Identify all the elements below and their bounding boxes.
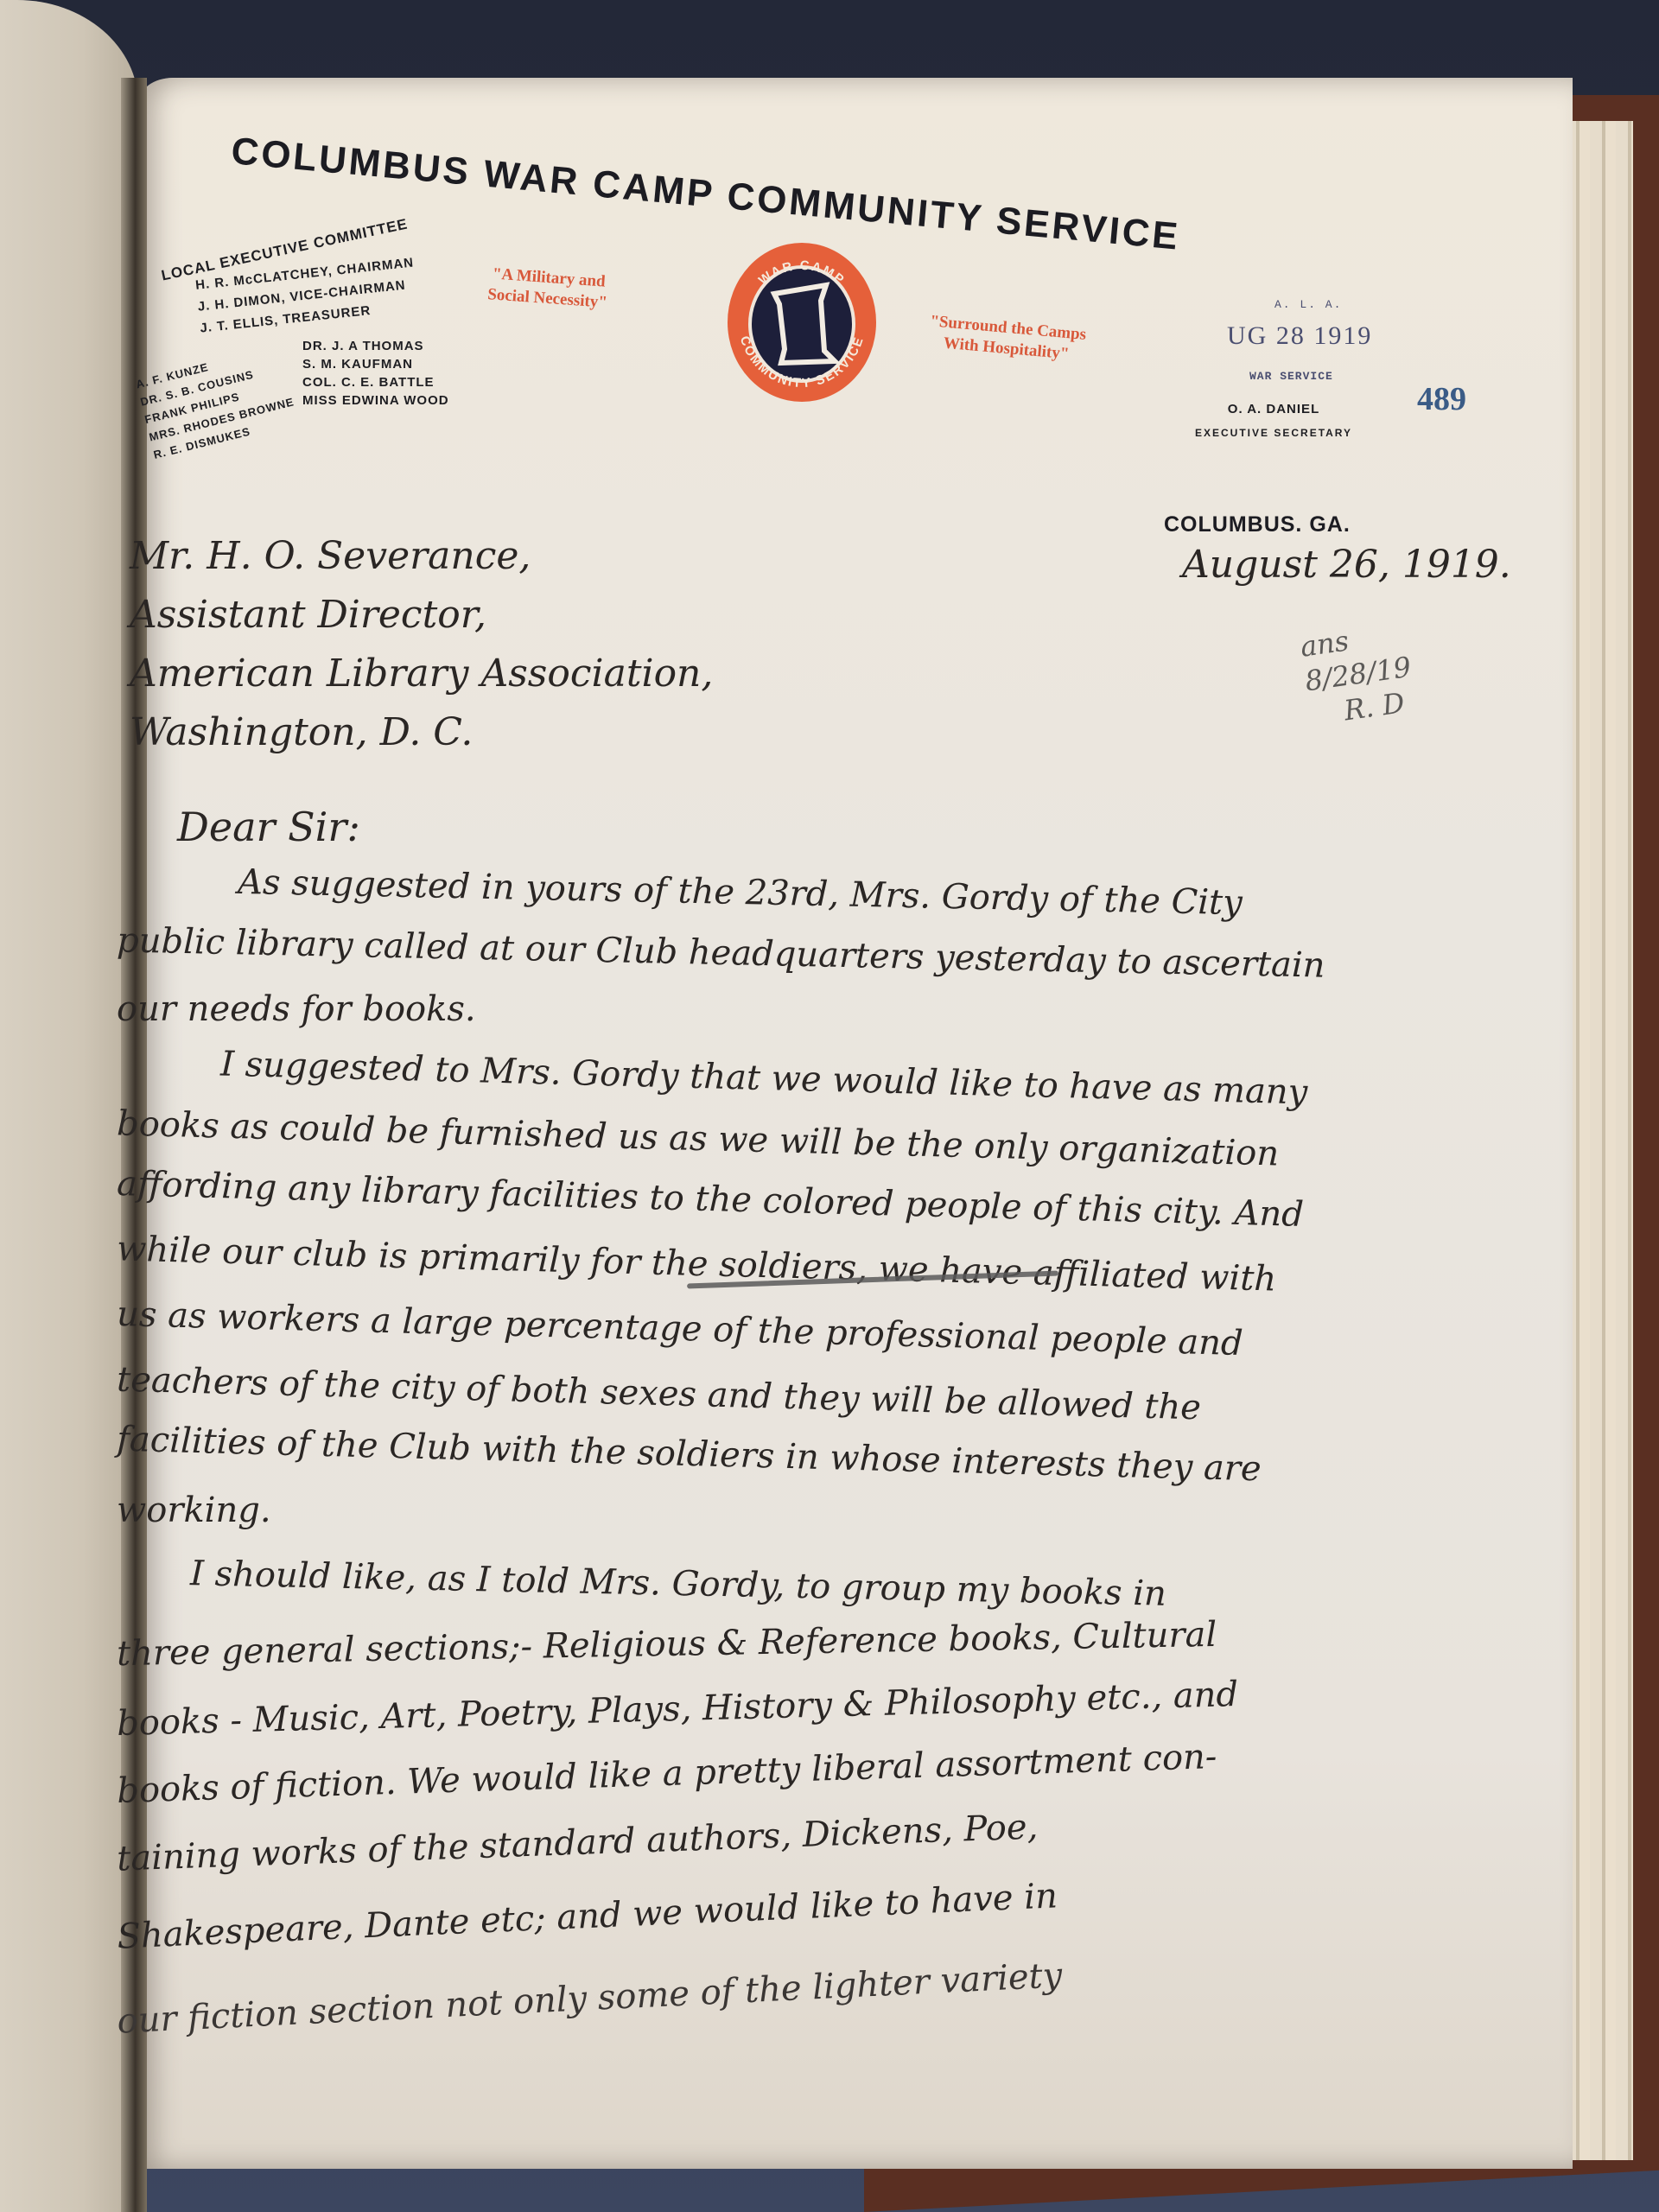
photo-scene: COLUMBUS WAR CAMP COMMUNITY SERVICE LOCA… xyxy=(0,0,1659,2212)
page-stack-edges xyxy=(1564,121,1633,2160)
secretary-title: EXECUTIVE SECRETARY xyxy=(1195,427,1352,439)
secretary-name: O. A. DANIEL xyxy=(1195,402,1352,416)
member: MISS EDWINA WOOD xyxy=(302,391,449,410)
address-line: American Library Association, xyxy=(130,645,713,703)
members-right-list: DR. J. A THOMAS S. M. KAUFMAN COL. C. E.… xyxy=(302,337,449,410)
received-stamp-dept: WAR SERVICE xyxy=(1249,370,1333,383)
address-line: Washington, D. C. xyxy=(130,703,713,762)
answered-annotation: ans8/28/19R. D xyxy=(1298,615,1418,733)
address-line: Mr. H. O. Severance, xyxy=(130,527,713,586)
file-number-stamp: 489 xyxy=(1417,380,1466,418)
war-camp-seal-icon: WAR CAMP COMMUNITY SERVICE xyxy=(724,240,880,404)
executive-secretary: O. A. DANIEL EXECUTIVE SECRETARY xyxy=(1195,402,1352,439)
salutation: Dear Sir: xyxy=(177,804,360,850)
recipient-address: Mr. H. O. Severance, Assistant Director,… xyxy=(130,527,713,762)
body-line: working. xyxy=(117,1491,271,1530)
body-line: our needs for books. xyxy=(117,989,476,1029)
member: COL. C. E. BATTLE xyxy=(302,373,449,391)
member: S. M. KAUFMAN xyxy=(302,355,449,373)
slogan-left: "A Military and Social Necessity" xyxy=(486,264,609,314)
letter-date: August 26, 1919. xyxy=(1182,543,1511,587)
received-stamp-date: UG 28 1919 xyxy=(1227,321,1372,351)
member: DR. J. A THOMAS xyxy=(302,337,449,355)
address-line: Assistant Director, xyxy=(130,586,713,645)
letterhead-city: COLUMBUS. GA. xyxy=(1164,512,1351,537)
received-stamp-org: A. L. A. xyxy=(1274,298,1342,311)
